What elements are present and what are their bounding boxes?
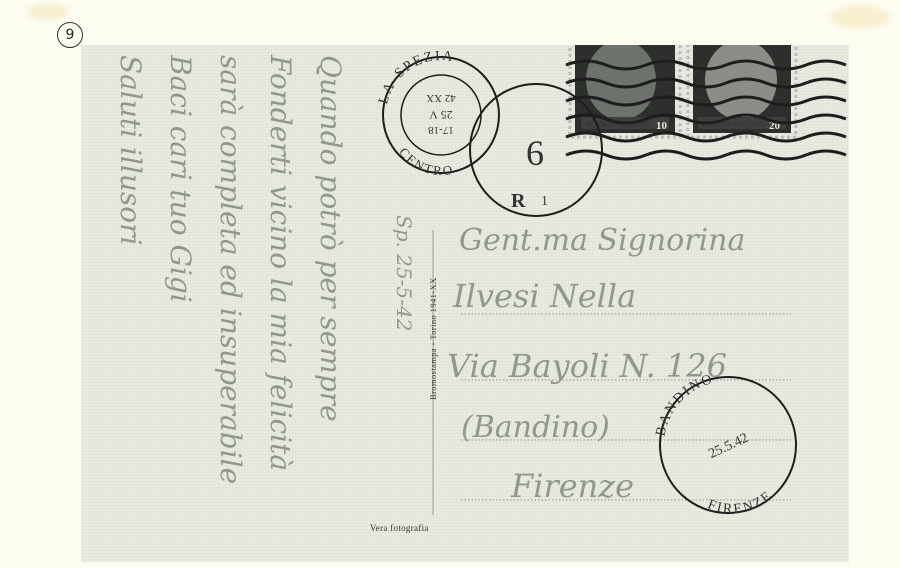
address-line-1: Gent.ma Signorina: [459, 223, 745, 258]
address-line-5: Firenze: [510, 467, 634, 505]
postmark-bottom-text: CENTRO: [396, 144, 455, 178]
page-number: 9: [57, 22, 83, 48]
postmark-time: 17-18: [428, 124, 454, 136]
message-date: Sp. 25-5-42: [392, 215, 416, 331]
bandino-date: 25.5.42: [706, 431, 750, 462]
postmark-letter: R: [511, 190, 526, 212]
postmark-year: 42 XX: [426, 92, 456, 104]
message-line-4: Baci cari tuo Gigi: [164, 54, 197, 303]
message-line-2: Fonderti vicino la mia felicità: [264, 54, 297, 471]
message-text: Quando potrò per sempre Fonderti vicino …: [114, 54, 347, 484]
bandino-bottom-text: FIRENZE: [701, 473, 777, 532]
address-line-2: Ilvesi Nella: [452, 277, 636, 315]
bandino-bottom-textpath: FIRENZE: [701, 473, 777, 532]
page-number-text: 9: [66, 27, 75, 43]
postcard-artwork: Quando potrò per sempre Fonderti vicino …: [81, 45, 849, 562]
photo-label: Vera fotografia: [370, 523, 429, 533]
stamp-10-value: 10: [656, 120, 668, 132]
paper-stain: [830, 6, 890, 28]
postcard-back: Quando potrò per sempre Fonderti vicino …: [81, 45, 849, 562]
printer-imprint: Bromostampa - Torino 1941-XX: [428, 277, 438, 400]
address-line-4: (Bandino): [461, 410, 610, 445]
postmark-suffix: 1: [541, 194, 548, 209]
address-line-3: Via Bayoli N. 126: [447, 347, 727, 385]
message-line-5: Saluti illusori: [114, 55, 147, 245]
postmark-datetime: 17-18 25 V 42 XX: [426, 92, 456, 136]
message-line-3: sarà completa ed insuperabile: [214, 55, 247, 484]
message-date-text: Sp. 25-5-42: [392, 215, 416, 331]
postmark-date: 25 V: [429, 108, 453, 122]
message-line-1: Quando potrò per sempre: [314, 55, 347, 422]
postmark-number: 6: [526, 133, 544, 173]
postmark-bottom-textpath: CENTRO: [396, 144, 455, 178]
paper-stain: [28, 4, 68, 20]
address-block: Gent.ma Signorina Ilvesi Nella Via Bayol…: [447, 223, 745, 505]
